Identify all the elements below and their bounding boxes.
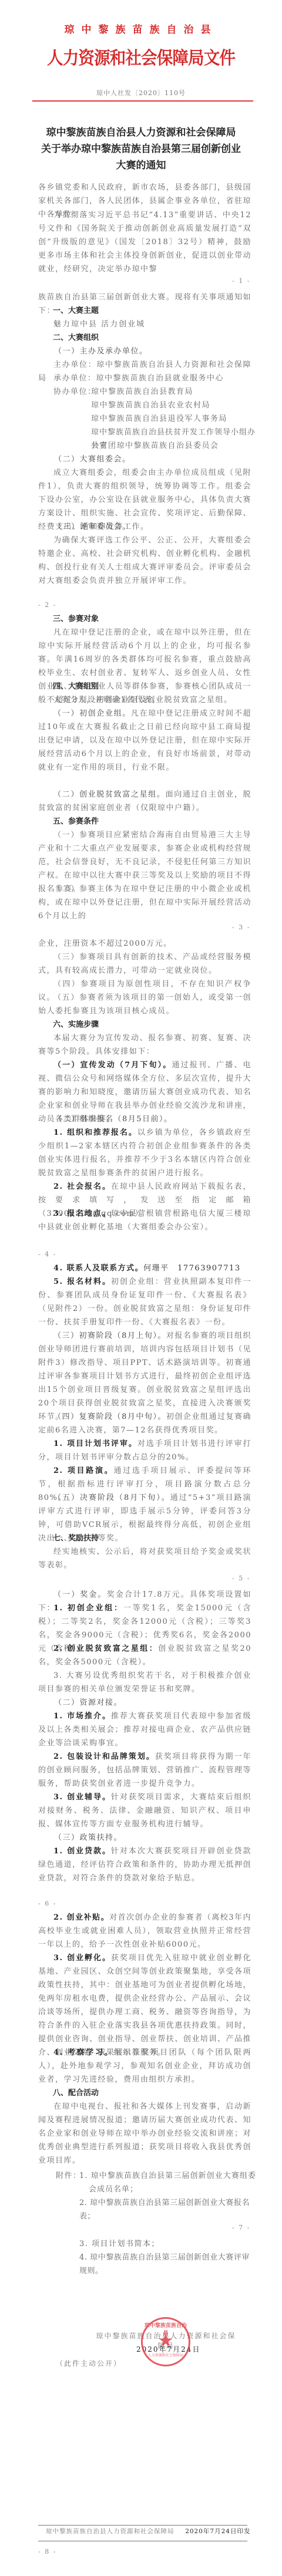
star-icon: ★: [143, 2331, 189, 2351]
seal-bottom-text: 人力资源和社会保障局: [143, 2352, 189, 2358]
section-4-heading: 四、大赛组别: [53, 680, 99, 693]
footer-rule-bottom: [38, 2541, 247, 2541]
condition-3: （三）参赛项目具有创新的技术、产品或经营服务模式，具有较高成长潜力，可带动一定就…: [38, 950, 251, 977]
resource-item-3: 3. 创业辅导。针对获奖项目需求，大赛结束后组织对接财务、税务、法律、金融融资、…: [38, 1791, 251, 1831]
section-6-heading: 六、实施步骤: [53, 1018, 99, 1031]
reward-a-item-2: 2. 创业脱贫致富之星组：创业脱贫致富之星奖20名，奖金各5000元（含税）。: [38, 1642, 251, 1669]
intro-paragraph: 为贯彻落实习近平总书记“4.13”重要讲话、中央12号文件和《国务院关于推动创新…: [38, 208, 251, 276]
phase-5-label: （五）决赛阶段（8月下旬）。: [53, 1493, 170, 1502]
red-divider: [32, 100, 253, 102]
phase-4: （四）复赛阶段（8月中旬）。初创企业组通过复赛确定前6名进入决赛，第7—12名获…: [38, 1410, 251, 1437]
contact-info: 何珊平 17763907713: [143, 1264, 240, 1273]
resource-item-1-label: 1. 市场推介。: [53, 1712, 111, 1721]
page-number-6: - 6 -: [38, 1900, 56, 1907]
signup-item-1: 1. 组织和推荐报名。以乡镇为单位，各乡镇政府至少组织1—2家本辖区内符合初创企…: [38, 1126, 251, 1180]
organizer-unit: 承办单位：琼中黎族苗族自治县就业服务中心: [38, 372, 251, 385]
condition-5: （五）参赛者须为该项目的第一创始人，或受第一创始人委托参赛且为该项目核心成员。: [38, 991, 251, 1018]
group-1-label: （一）初创企业组。: [53, 709, 131, 718]
section-2-sub2: （二）大赛组委会。: [54, 453, 131, 466]
attachment-3[interactable]: 3. 项目计划书简本；: [79, 2237, 250, 2251]
signup-item-4-label: 4. 联系人及联系方式。: [53, 1264, 143, 1273]
policy-item-3: 3. 创业孵化。获奖项目优先入驻琼中就业创业孵化基地、产业园区、众创空间等创业政…: [38, 1951, 251, 2059]
reward-a-item-2-label: 2. 创业脱贫致富之星组：: [53, 1644, 158, 1653]
section-2-sub3-body: 为确保大赛评选工作公平、公正、公开，大赛组委会特邀企业、高校、社会研究机构、创业…: [38, 534, 251, 588]
co-unit: 琼中黎族苗族自治县农业农村局: [91, 399, 256, 412]
policy-item-4: 4. 考察学习。组织获奖项目团队（每个团队限两人），赴外地参观学习，参观知名创业…: [38, 2046, 251, 2086]
signup-item-3-label: 3. 报名地点。: [53, 1209, 111, 1218]
policy-item-2: 2. 创业补贴。对首次创办企业的参赛者（离校3年内高校毕业生或就业困难人员），领…: [38, 1911, 251, 1951]
signup-item-2-label: 2. 社会报名。: [53, 1182, 111, 1191]
policy-item-1-label: 1. 创业贷款。: [53, 1847, 111, 1856]
semi-item-2-label: 2. 项目路演。: [53, 1466, 113, 1475]
section-1-body: 魅力琼中县 活力创业城: [38, 318, 251, 331]
footer-issue-line: 琼中黎族苗族自治县人力资源和社会保障局 2020年7月24日印发: [46, 2527, 250, 2535]
resource-item-1: 1. 市场推介。推荐大赛获奖项目代表琼中参加省级及以上各类相关展会；推荐对接电商…: [38, 1710, 251, 1750]
document-number: 琼中人社发〔2020〕110号: [0, 88, 282, 97]
page-number-8: - 8 -: [38, 2548, 56, 2555]
phase-3-body: 对报名参赛的项目组织创业导师团进行赛前培训，培训内容包括项目计划书（见附件3）修…: [38, 1331, 251, 1421]
group-2-label: （二）创业脱贫致富之星组。: [53, 790, 166, 799]
reward-a-label: （一）奖金。: [53, 1590, 107, 1599]
footer-org: 琼中黎族苗族自治县人力资源和社会保障局: [46, 2528, 174, 2535]
reward-a-item-3: 3. 大赛另设优秀组织奖若干名，对于积极推介创业项目参赛的相关单位颁发荣誉证书和…: [38, 1669, 251, 1696]
policy-item-3-body: 获奖项目优先入驻琼中就业创业孵化基地、产业园区、众创空间等创业政策聚集地，享受各…: [38, 1954, 251, 2057]
issuer-line1: 琼中黎族苗族自治县: [0, 21, 282, 36]
page-number-1: - 1 -: [232, 277, 250, 285]
phase-1-label: （一）宣传发动（7月下旬）。: [53, 1061, 172, 1070]
co-unit: 琼中黎族苗族自治县教育局: [91, 385, 256, 399]
policy-item-1: 1. 创业贷款。针对本次大赛获奖项目开辟创业贷款绿色通道，经评估符合政策和条件的…: [38, 1845, 251, 1885]
title-line2: 关于举办琼中黎族苗族自治县第三届创新创业: [0, 141, 282, 157]
section-7-body: 经实地核实、公示后，将对获奖项目给予奖金或奖状等表彰。: [38, 1545, 251, 1572]
reward-a-item-1-label: 1. 初创企业组：: [53, 1604, 123, 1613]
section-8-heading: 八、配合活动: [53, 2086, 99, 2100]
section-5-heading: 五、参赛条件: [53, 815, 99, 828]
page-number-3: - 3 -: [232, 923, 250, 931]
title-line1: 琼中黎族苗族自治县人力资源和社会保障局: [0, 124, 282, 141]
page-number-7: - 7 -: [232, 2224, 250, 2231]
attachment-4[interactable]: 4. 琼中黎族苗族自治县第三届创新创业大赛评审规则。: [79, 2251, 250, 2278]
section-2-heading: 二、大赛组织: [53, 331, 99, 345]
section-7-heading: 七、奖励扶持: [53, 1532, 99, 1545]
phase-3-label: （三）初赛阶段（8月上旬）。: [53, 1331, 166, 1340]
title-line3: 大赛的通知: [0, 157, 282, 174]
phase-2-label: （二）组织报名（8月5日前）。: [54, 1112, 173, 1126]
resource-item-3-label: 3. 创业辅导。: [53, 1793, 111, 1802]
page-number-5: - 5 -: [232, 1574, 250, 1582]
policy-item-2-label: 2. 创业补贴。: [53, 1913, 109, 1922]
section-2-sub3: （三）评审委员会。: [54, 520, 131, 534]
official-seal: 琼中黎族苗族自治县 ★ 人力资源和社会保障局: [141, 2317, 190, 2366]
footer-date: 2020年7月24日印发: [185, 2528, 250, 2535]
footer-rule-top: [38, 2525, 247, 2526]
resource-item-2-label: 2. 包装设计和品牌策划。: [53, 1752, 155, 1761]
co-unit: 琼中黎族苗族自治县退役军人事务局: [91, 412, 256, 426]
phase-3: （三）初赛阶段（8月上旬）。对报名参赛的项目组织创业导师团进行赛前培训，培训内容…: [38, 1329, 251, 1424]
group-1-body: 凡在琼中登记注册成立时间不超过10年或在大赛报名截止之日前已经向琼中县工商局提出…: [38, 709, 251, 772]
issuer-line2: 人力资源和社会保障局文件: [11, 43, 271, 69]
page-number-2: - 2 -: [38, 601, 56, 609]
semi-item-1: 1. 项目计划书评审。对选手项目计划书进行评审打分，项目计划书评审分数占总分的2…: [38, 1437, 251, 1464]
disclosure-note: （此件主动公开）: [56, 2358, 122, 2368]
section-4-body: 大赛分别设初创企业组及创业脱贫致富之星组。: [38, 693, 251, 707]
reward-b-label: （二）资源对接。: [54, 1696, 122, 1710]
group-2: （二）创业脱贫致富之星组。面向通过自主创业，脱贫致富的贫困家庭创业者（仅限琼中户…: [38, 788, 251, 815]
section-2-sub1: （一）主办及承办单位。: [54, 345, 148, 358]
condition-2-cont: 企业，注册资本不超过2000万元。: [38, 937, 251, 950]
signup-item-5: 5. 报名材料。初创企业组：营业执照副本复印件一份、参赛团队成员身份证复印件一份…: [38, 1275, 251, 1329]
signup-item-5-label: 5. 报名材料。: [53, 1277, 111, 1286]
group-1: （一）初创企业组。凡在琼中登记注册成立时间不超过10年或在大赛报名截止之日前已经…: [38, 707, 251, 774]
signup-item-1-label: 1. 组织和推荐报名。: [53, 1128, 137, 1137]
reward-c-label: （三）政策扶持。: [54, 1831, 122, 1845]
semi-item-1-label: 1. 项目计划书评审。: [53, 1439, 137, 1448]
document-title: 琼中黎族苗族自治县人力资源和社会保障局 关于举办琼中黎族苗族自治县第三届创新创业…: [0, 124, 282, 174]
signup-item-4: 4. 联系人及联系方式。何珊平 17763907713: [38, 1262, 251, 1275]
resource-item-2: 2. 包装设计和品牌策划。获奖项目将获得为期一年的创业顾问服务，包括品牌策划、营…: [38, 1750, 251, 1791]
co-unit: 共青团琼中黎族苗族自治县委员会: [91, 439, 256, 453]
policy-item-3-label: 3. 创业孵化。: [53, 1954, 111, 1963]
attachment-1[interactable]: 1. 琼中黎族苗族自治县第三届创新创业大赛组委会成员名单；: [79, 2169, 256, 2196]
page-number-4: - 4 -: [38, 1250, 56, 1258]
section-6-body: 本届大赛分为宣传发动、报名参赛、初赛、复赛、决赛等5个阶段。具体安排如下：: [38, 1031, 251, 1058]
attachment-2[interactable]: 2. 琼中黎族苗族自治县第三届创新创业大赛报名表；: [79, 2196, 250, 2223]
section-3-heading: 三、参赛对象: [53, 612, 99, 626]
section-1-heading: 一、大赛主题: [53, 304, 99, 318]
condition-2: （二）参赛主体为在琼中登记注册的中小微企业或机构，或在琼中以外登记注册，但在琼中…: [38, 882, 251, 923]
phase-4-label: （四）复赛阶段（8月中旬）。: [53, 1412, 166, 1421]
section-8-body: 在琼中电视台、报社和各大媒体上刊发赛事，启动新闻及赛程进展情况报道；邀请历届大赛…: [38, 2100, 251, 2167]
policy-item-4-label: 4. 考察学习。: [53, 2048, 113, 2057]
signup-item-3: 3. 报名地点。琼中县营根镇营根路电信大厦三楼琼中县就业创业孵化基地（大赛组委会…: [38, 1207, 251, 1234]
